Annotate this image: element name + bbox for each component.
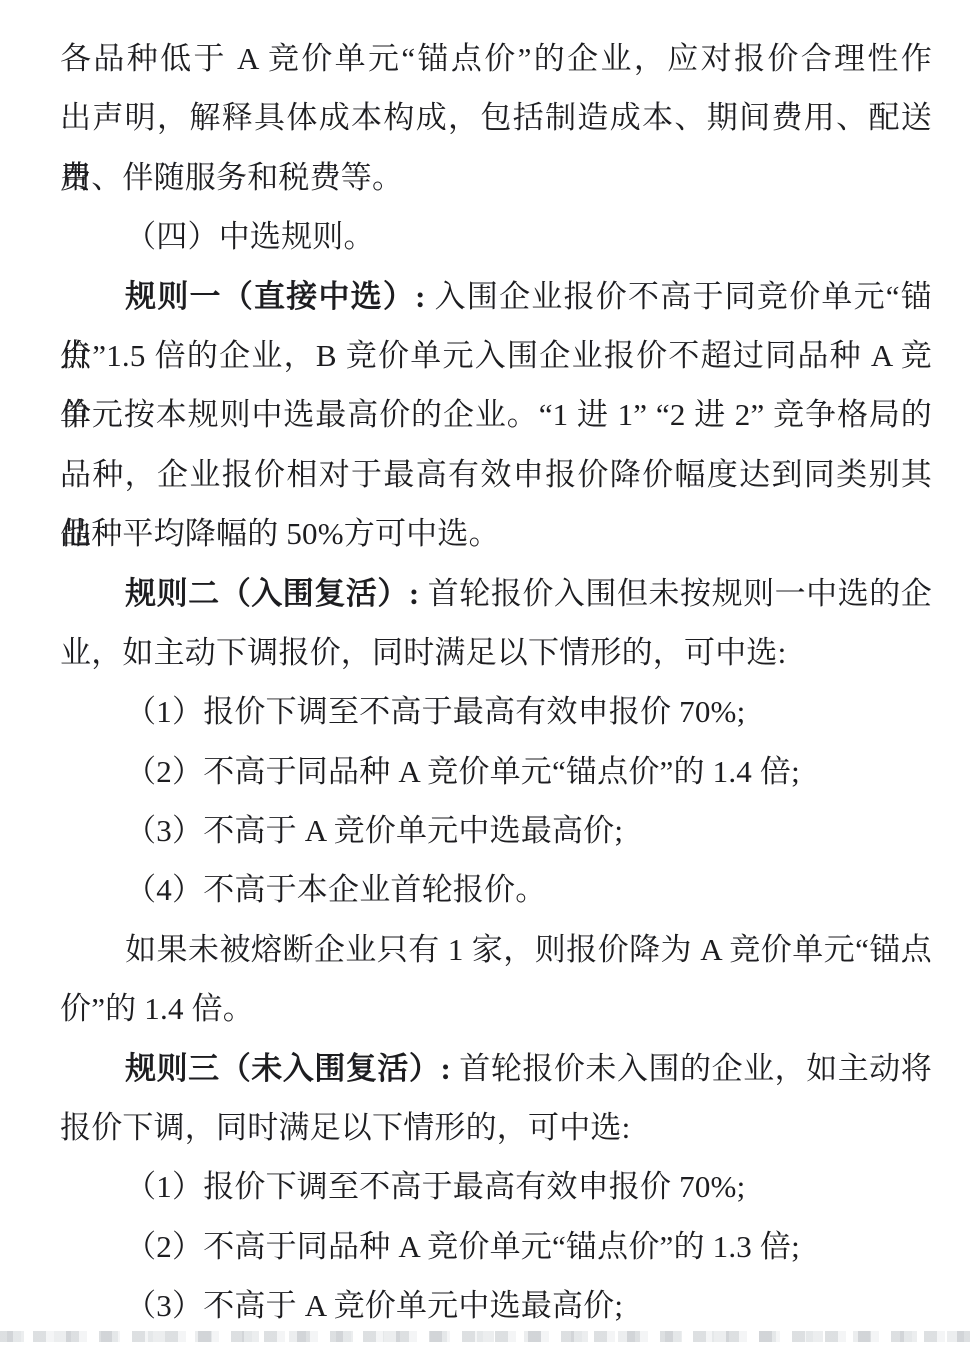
text-run: （1）报价下调至不高于最高有效申报价 70%; xyxy=(125,694,745,729)
text-run: 各品种低于 A 竞价单元“锚点价”的企业，应对报价合理性作 xyxy=(60,41,932,76)
text-line: 业，如主动下调报价，同时满足以下情形的，可中选: xyxy=(60,623,932,682)
text-line: 价”的 1.4 倍。 xyxy=(60,979,932,1038)
text-run: （3）不高于 A 竞价单元中选最高价; xyxy=(125,813,623,848)
text-line: （1）报价下调至不高于最高有效申报价 70%; xyxy=(60,1157,932,1216)
text-line: 单元按本规则中选最高价的企业。“1 进 1” “2 进 2” 竞争格局的 xyxy=(60,385,932,444)
rule-paragraph-line: 规则一（直接中选）: 入围企业报价不高于同竞价单元“锚点 xyxy=(60,267,932,326)
text-run: 业，如主动下调报价，同时满足以下情形的，可中选: xyxy=(60,635,786,670)
rule-heading-bold: 规则三（未入围复活）: xyxy=(125,1051,451,1086)
text-run: 用、伴随服务和税费等。 xyxy=(60,160,403,195)
text-run: 价”的 1.4 倍。 xyxy=(60,991,254,1026)
text-line: 用、伴随服务和税费等。 xyxy=(60,148,932,207)
text-line: 如果未被熔断企业只有 1 家，则报价降为 A 竞价单元“锚点 xyxy=(60,920,932,979)
rule-heading-bold: 规则二（入围复活）: xyxy=(125,576,419,611)
text-run: （1）报价下调至不高于最高有效申报价 70%; xyxy=(125,1169,745,1204)
text-line: （2）不高于同品种 A 竞价单元“锚点价”的 1.4 倍; xyxy=(60,742,932,801)
text-run: （2）不高于同品种 A 竞价单元“锚点价”的 1.3 倍; xyxy=(125,1229,800,1264)
text-line: 价”1.5 倍的企业，B 竞价单元入围企业报价不超过同品种 A 竞价 xyxy=(60,326,932,385)
text-line: （2）不高于同品种 A 竞价单元“锚点价”的 1.3 倍; xyxy=(60,1217,932,1276)
text-run: （3）不高于 A 竞价单元中选最高价; xyxy=(125,1288,623,1323)
document-page: 各品种低于 A 竞价单元“锚点价”的企业，应对报价合理性作出声明，解释具体成本构… xyxy=(60,29,932,1336)
text-run: 报价下调，同时满足以下情形的，可中选: xyxy=(60,1110,630,1145)
text-line: 报价下调，同时满足以下情形的，可中选: xyxy=(60,1098,932,1157)
text-run: 品种平均降幅的 50%方可中选。 xyxy=(60,516,500,551)
document-screenshot: { "page": { "background": "#ffffff", "te… xyxy=(0,0,970,1356)
text-line: （3）不高于 A 竞价单元中选最高价; xyxy=(60,1276,932,1335)
text-run: （4）不高于本企业首轮报价。 xyxy=(125,872,546,907)
rule-paragraph-line: 规则二（入围复活）: 首轮报价入围但未按规则一中选的企 xyxy=(60,564,932,623)
text-run: （2）不高于同品种 A 竞价单元“锚点价”的 1.4 倍; xyxy=(125,754,800,789)
text-run: 单元按本规则中选最高价的企业。“1 进 1” “2 进 2” 竞争格局的 xyxy=(60,397,932,432)
rule-paragraph-line: 规则三（未入围复活）: 首轮报价未入围的企业，如主动将 xyxy=(60,1039,932,1098)
text-line: （4）不高于本企业首轮报价。 xyxy=(60,860,932,919)
text-line: （3）不高于 A 竞价单元中选最高价; xyxy=(60,801,932,860)
text-line: 品种，企业报价相对于最高有效申报价降价幅度达到同类别其他 xyxy=(60,445,932,504)
text-run: （四）中选规则。 xyxy=(125,219,375,254)
rule-heading-bold: 规则一（直接中选）: xyxy=(125,279,426,314)
text-line: （1）报价下调至不高于最高有效申报价 70%; xyxy=(60,682,932,741)
text-line: 各品种低于 A 竞价单元“锚点价”的企业，应对报价合理性作 xyxy=(60,29,932,88)
text-run: 如果未被熔断企业只有 1 家，则报价降为 A 竞价单元“锚点 xyxy=(125,932,932,967)
text-line: 出声明，解释具体成本构成，包括制造成本、期间费用、配送费 xyxy=(60,88,932,147)
text-run: 首轮报价入围但未按规则一中选的企 xyxy=(419,576,932,611)
page-edge-speckle xyxy=(0,1331,970,1342)
section-heading-line: （四）中选规则。 xyxy=(60,207,932,266)
text-line: 品种平均降幅的 50%方可中选。 xyxy=(60,504,932,563)
text-run: 首轮报价未入围的企业，如主动将 xyxy=(451,1051,932,1086)
